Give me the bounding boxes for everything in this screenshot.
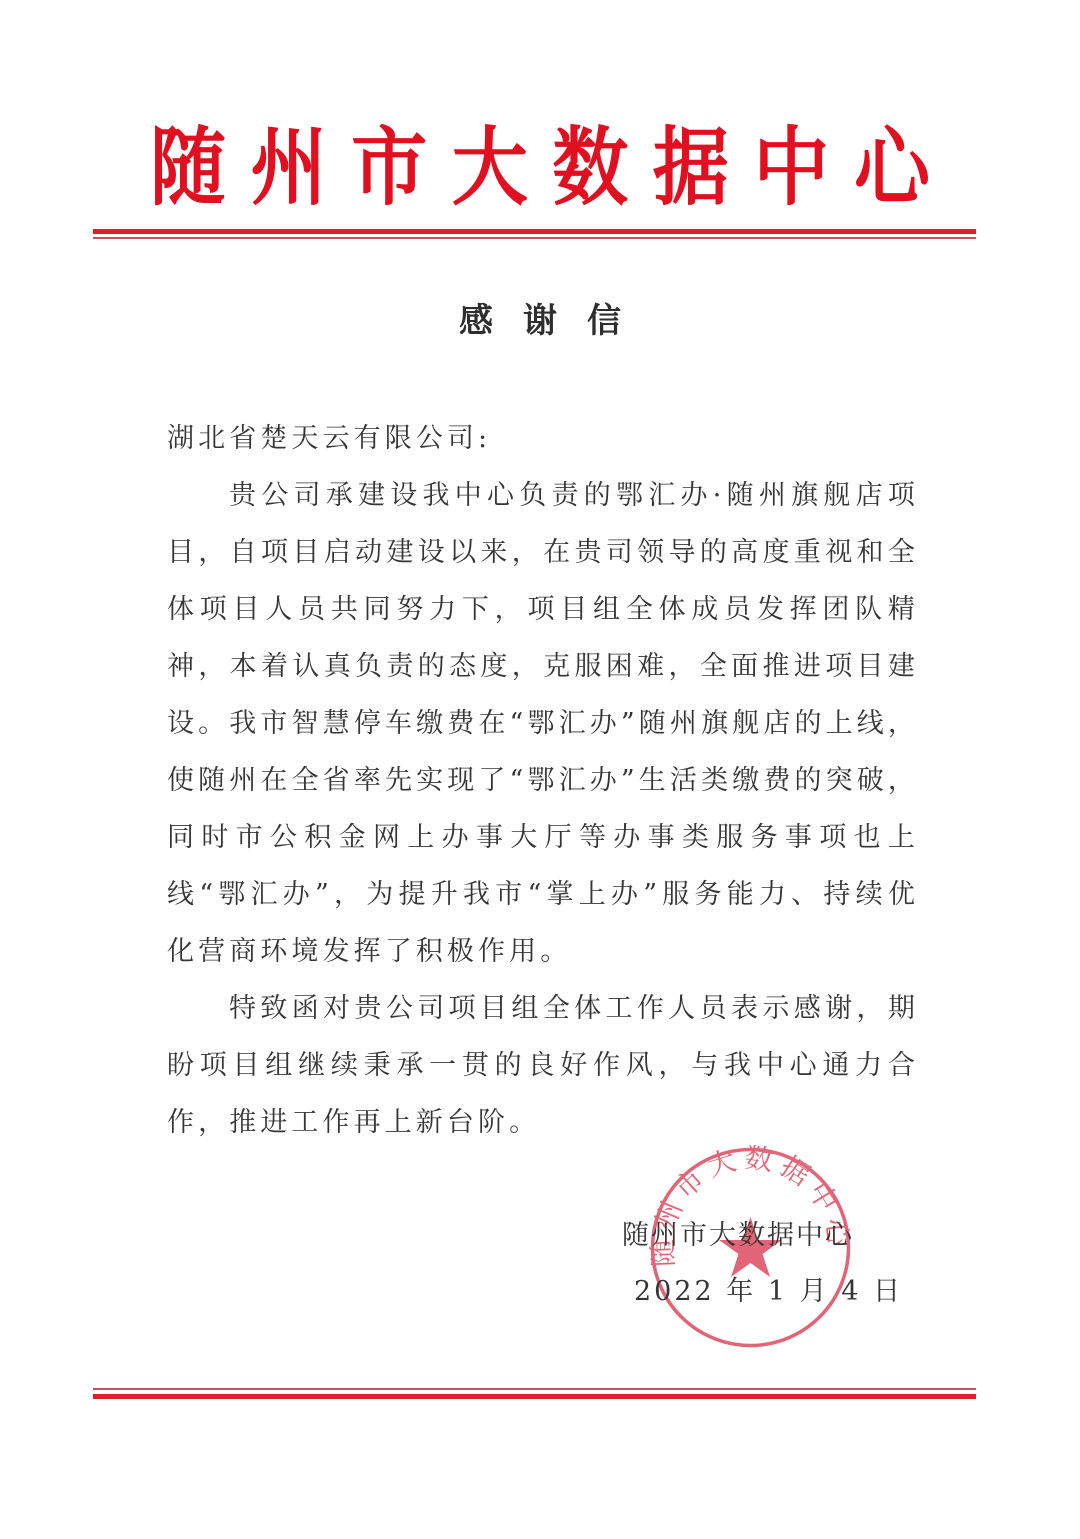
signature-organization: 随州市大数据中心 (622, 1208, 903, 1264)
letterhead-char: 中 (753, 112, 829, 224)
letterhead-char: 随 (150, 112, 226, 224)
letterhead-char: 据 (653, 112, 729, 224)
letterhead: 随 州 市 大 数 据 中 心 (150, 118, 930, 218)
paragraph: 贵公司承建设我中心负责的鄂汇办·随州旗舰店项目，自项目启动建设以来，在贵司领导的… (167, 467, 919, 980)
signature-date: 2022 年 1 月 4 日 (622, 1264, 903, 1320)
letterhead-char: 市 (351, 112, 427, 224)
document-title: 感谢信 (0, 296, 1080, 346)
footer-rule-thick (93, 1394, 976, 1399)
paragraph: 特致函对贵公司项目组全体工作人员表示感谢，期盼项目组继续秉承一贯的良好作风，与我… (167, 980, 919, 1151)
header-rule-thick (93, 229, 976, 234)
footer-rule-thin (93, 1388, 976, 1390)
letterhead-char: 数 (552, 112, 628, 224)
signature-block: 随州市大数据中心 2022 年 1 月 4 日 (622, 1208, 903, 1320)
letterhead-char: 心 (854, 112, 930, 224)
letter-body: 湖北省楚天云有限公司: 贵公司承建设我中心负责的鄂汇办·随州旗舰店项目，自项目启… (167, 410, 919, 1151)
letterhead-char: 大 (452, 112, 528, 224)
letterhead-char: 州 (251, 112, 327, 224)
header-rule-thin (93, 237, 976, 239)
recipient: 湖北省楚天云有限公司: (167, 410, 919, 467)
